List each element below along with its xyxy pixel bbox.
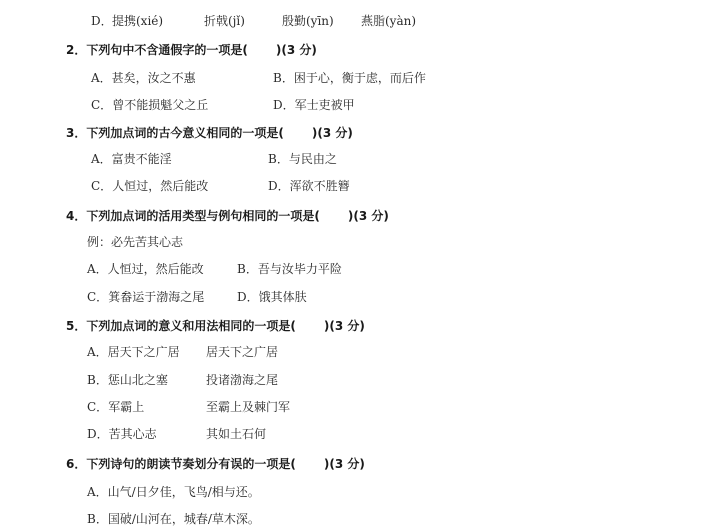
question-5-option-d-compare: 其如土石何 <box>206 426 266 442</box>
question-4-option-c: C．箕畚运于渤海之尾 <box>87 289 204 305</box>
question-3-stem: 3．下列加点词的古今意义相同的一项是()(3 分) <box>66 125 353 141</box>
question-5-option-c: C．军霸上 <box>87 399 144 415</box>
question-3-option-d: D．浑欲不胜簪 <box>268 178 350 194</box>
q1-option-d-item-3: 殷勤(yīn) <box>282 13 334 29</box>
q1-option-d: D． <box>91 13 113 29</box>
question-4-option-a: A．人恒过，然后能改 <box>87 261 204 277</box>
question-5-option-d: D．苦其心志 <box>87 426 157 442</box>
question-5-option-a-compare: 居天下之广居 <box>206 344 278 360</box>
question-6-stem: 6．下列诗句的朗读节奏划分有误的一项是()(3 分) <box>66 456 365 472</box>
question-4-option-d: D．饿其体肤 <box>237 289 307 305</box>
question-2-option-a: A．甚矣，汝之不惠 <box>91 70 196 86</box>
question-2-stem: 2．下列句中不含通假字的一项是()(3 分) <box>66 42 317 58</box>
option-label: D． <box>91 14 113 28</box>
question-6-option-b: B．国破/山河在，城春/草木深。 <box>87 511 260 526</box>
question-5-option-a: A．居天下之广居 <box>87 344 180 360</box>
question-4-option-b: B．吾与汝毕力平险 <box>237 261 342 277</box>
question-4-example: 例：必先苦其心志 <box>87 234 183 250</box>
question-5-option-b-compare: 投诸渤海之尾 <box>206 372 278 388</box>
question-2-option-c: C．曾不能损魁父之丘 <box>91 97 208 113</box>
question-2-option-b: B．困于心，衡于虑，而后作 <box>273 70 426 86</box>
question-3-option-a: A．富贵不能淫 <box>91 151 172 167</box>
question-6-option-a: A．山气/日夕佳，飞鸟/相与还。 <box>87 484 260 500</box>
question-2-option-d: D．军士吏被甲 <box>273 97 355 113</box>
q1-option-d-item-4: 燕脂(yàn) <box>361 13 416 29</box>
question-3-option-b: B．与民由之 <box>268 151 337 167</box>
question-5-stem: 5．下列加点词的意义和用法相同的一项是()(3 分) <box>66 318 365 334</box>
q1-option-d-item-1: 提携(xié) <box>112 13 163 29</box>
q1-option-d-item-2: 折戟(jǐ) <box>204 13 245 29</box>
question-4-stem: 4．下列加点词的活用类型与例句相同的一项是()(3 分) <box>66 208 389 224</box>
question-5-option-b: B．惩山北之塞 <box>87 372 168 388</box>
question-3-option-c: C．人恒过，然后能改 <box>91 178 208 194</box>
question-5-option-c-compare: 至霸上及棘门军 <box>206 399 290 415</box>
